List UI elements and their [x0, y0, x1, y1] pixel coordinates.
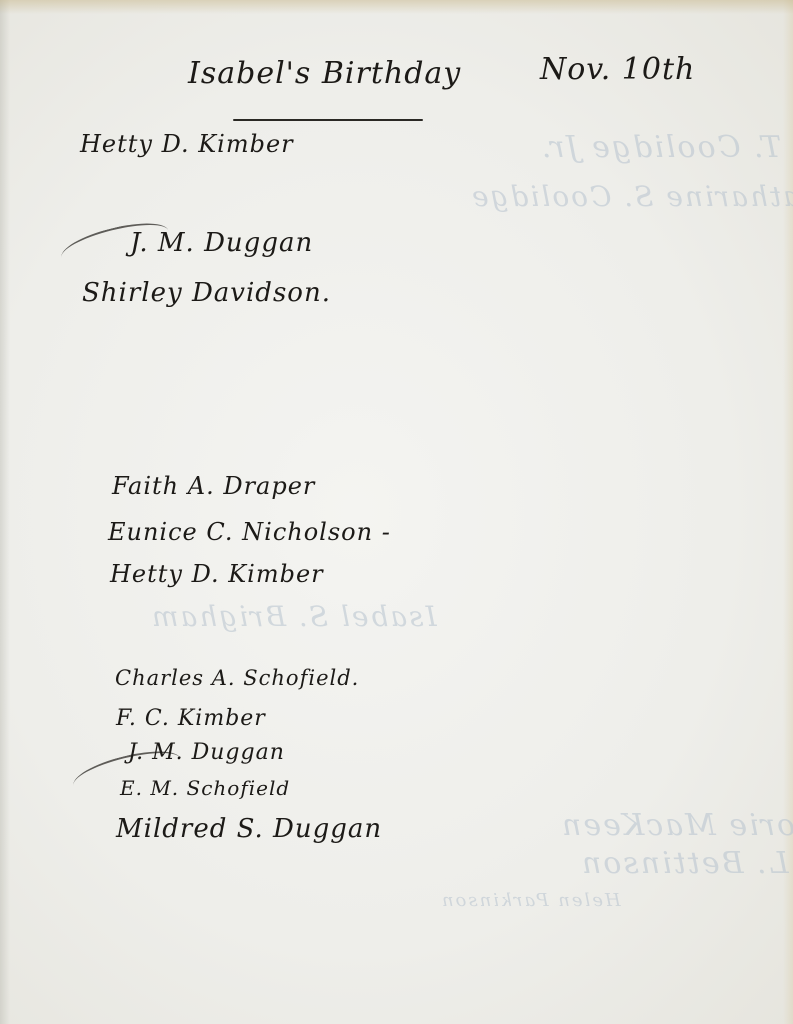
signature: F. C. Kimber	[116, 706, 266, 731]
signature: J. M. Duggan	[128, 740, 285, 765]
signature: Hetty D. Kimber	[110, 560, 324, 588]
signature: Hetty D. Kimber	[80, 130, 294, 158]
show-through-text: Marjorie MacKeen	[560, 808, 793, 843]
signature: E. M. Schofield	[120, 776, 290, 800]
album-page: J. T. Coolidge Jr. Katharine S. Coolidge…	[0, 0, 793, 1024]
signature: Shirley Davidson.	[82, 278, 331, 308]
show-through-text: J. T. Coolidge Jr.	[540, 130, 793, 165]
signature: J. M. Duggan	[130, 228, 313, 258]
signature: Mildred S. Duggan	[116, 814, 382, 844]
show-through-text: Helen Parkinson	[440, 890, 621, 911]
show-through-text: Isabel S. Brigham	[150, 600, 437, 633]
show-through-text: Katharine S. Coolidge	[470, 180, 793, 213]
page-date: Nov. 10th	[540, 52, 695, 87]
signature: Eunice C. Nicholson -	[108, 518, 391, 546]
title-underline	[233, 119, 423, 121]
page-title: Isabel's Birthday	[188, 56, 461, 91]
signature: Faith A. Draper	[112, 472, 315, 500]
show-through-text: Harold L. Bettinson	[580, 846, 793, 881]
signature: Charles A. Schofield.	[115, 666, 359, 690]
